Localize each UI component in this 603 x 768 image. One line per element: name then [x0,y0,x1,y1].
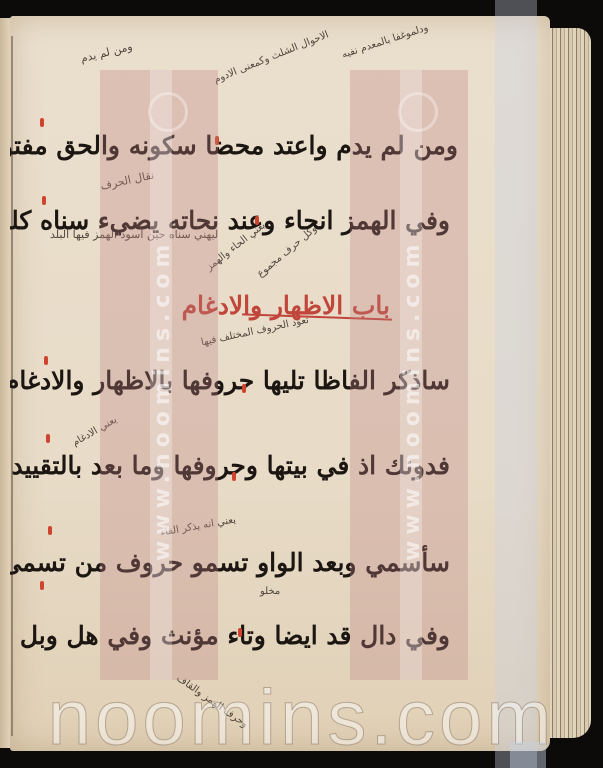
verse-marker [44,356,48,365]
vertical-watermark: www.noomins.com [150,100,170,700]
verse-marker [42,196,46,205]
verse-marker [242,384,246,393]
verse-marker [48,526,52,535]
verse-marker [232,472,236,481]
gloss: الاحوال الشلث وكمعنى الادوم [212,29,330,85]
watermark-blue-band [495,0,537,768]
page-fore-edge [545,28,591,738]
manuscript-page: ومن لم يدم الاحوال الشلث وكمعنى الادوم و… [10,16,550,751]
verse-marker [255,216,259,225]
gloss: ومن لم يدم [79,40,133,65]
vertical-watermark: www.noomins.com [400,100,420,700]
watermark-seal-icon [148,92,188,132]
verse-marker [46,434,50,443]
verse-marker [40,118,44,127]
verse-marker [40,581,44,590]
gloss: مخلو [260,586,280,597]
watermark-tab [510,742,546,768]
watermark-seal-icon [398,92,438,132]
gloss: ودلموغفا بالمعدم نفيه [341,22,430,60]
verse-marker [238,628,242,637]
